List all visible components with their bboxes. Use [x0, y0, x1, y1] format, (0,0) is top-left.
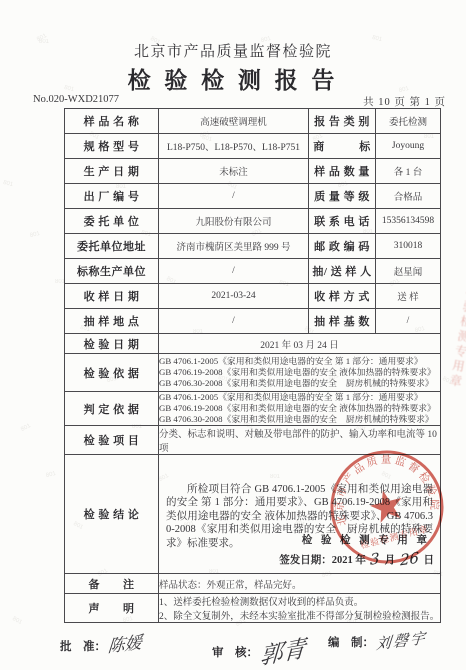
issue-date-line: 签发日期：2021 年 3 月 26 日 [279, 549, 434, 567]
watermark-mark: 801 [45, 471, 56, 479]
seal-caption: 检 验 检 测 专 用 章 [302, 532, 430, 547]
table-row-inspection-items: 检 验 项 目 分类、标志和说明、对触及带电部件的防护、输入功率和电流等 10 … [65, 426, 441, 455]
field-label: 邮 政 编 码 [309, 234, 376, 259]
field-label: 标称生产单位 [65, 259, 159, 284]
field-value: 2021 年 03 月 24 日 [159, 334, 441, 354]
table-row-remarks: 备 注 样品状态：外观正常，样品完好。 [65, 574, 441, 594]
signature-row: 批 准：陈媛 审 核：郭青 编 制：刘磬宇 [0, 624, 466, 670]
report-number: No.020-WXD21077 [33, 94, 119, 105]
approve-signature-group: 批 准：陈媛 [60, 630, 142, 655]
table-row-model: 规 格 型 号 L18-P750、L18-P570、L18-P751 商 标 J… [65, 134, 441, 159]
field-value: / [159, 309, 309, 334]
issue-month-handwritten: 3 [371, 549, 380, 569]
table-row-client-address: 委托单位地址 济南市槐荫区美里路 999 号 邮 政 编 码 310018 [65, 234, 441, 259]
prepare-signature-handwritten: 刘磬宇 [375, 627, 428, 655]
statement-cell: 1、送样委托检验检测数据仅对收到的样品负责。 2、除全文复制外，未经本实验室批准… [159, 594, 441, 623]
report-title: 检 验 检 测 报 告 [0, 62, 466, 95]
field-value: 样品状态：外观正常，样品完好。 [159, 574, 441, 594]
field-value: 济南市槐荫区美里路 999 号 [159, 234, 309, 259]
table-row-client: 委 托 单 位 九阳股份有限公司 联 系 电 话 15356134598 [65, 209, 441, 234]
conclusion-cell: 所检项目符合 GB 4706.1-2005《家用和类似用途电器的安全 第 1 部… [159, 455, 441, 574]
approve-label: 批 准： [60, 641, 106, 653]
prepare-signature-group: 编 制：刘磬宇 [328, 630, 427, 651]
statement-line: 2、除全文复制外，未经本实验室批准不得部分复制检验检测报告。 [159, 608, 440, 622]
standard-line: GB 4706.1-2005《家用和类似用途电器的安全 第 1 部分：通用要求》 [159, 392, 440, 403]
field-label: 检 验 依 据 [65, 354, 159, 392]
field-label: 抽 样 基 数 [309, 309, 376, 334]
review-signature-handwritten: 郭青 [259, 630, 307, 670]
field-label: 样 品 数 量 [309, 159, 376, 184]
field-label: 收 样 日 期 [65, 284, 159, 309]
table-row-production-date: 生 产 日 期 未标注 样 品 数 量 各 1 台 [65, 159, 441, 184]
field-label: 委托单位地址 [65, 234, 159, 259]
issue-day-unit: 日 [424, 555, 435, 566]
field-label: 备 注 [65, 574, 159, 594]
statement-line: 1、送样委托检验检测数据仅对收到的样品负责。 [159, 594, 440, 608]
field-label: 报 告 类 别 [309, 109, 376, 134]
watermark-mark: 801 [29, 231, 40, 239]
table-row-statement: 声 明 1、送样委托检验检测数据仅对收到的样品负责。 2、除全文复制外，未经本实… [65, 594, 441, 623]
field-label: 联 系 电 话 [309, 209, 376, 234]
field-value: 送 样 [376, 284, 441, 309]
issue-month-unit: 月 [385, 555, 396, 566]
table-row-conclusion: 检 验 结 论 所检项目符合 GB 4706.1-2005《家用和类似用途电器的… [65, 455, 441, 574]
inspection-report-page: 8018018018018018018018018018018018018018… [0, 0, 466, 670]
field-label: 抽/ 送 样 人 [309, 259, 376, 284]
field-value: / [159, 184, 309, 209]
field-value: / [159, 259, 309, 284]
field-value: 分类、标志和说明、对触及带电部件的防护、输入功率和电流等 10 项 [159, 426, 441, 455]
field-label: 检 验 日 期 [65, 334, 159, 354]
standard-line: GB 4706.1-2005《家用和类似用途电器的安全 第 1 部分：通用要求》 [159, 356, 440, 367]
table-row-judgment-basis: 判 定 依 据 GB 4706.1-2005《家用和类似用途电器的安全 第 1 … [65, 392, 441, 426]
field-value: 合格品 [376, 184, 441, 209]
field-value: 高速破壁调理机 [159, 109, 309, 134]
table-row-inspection-basis: 检 验 依 据 GB 4706.1-2005《家用和类似用途电器的安全 第 1 … [65, 354, 441, 392]
field-value: Joyoung [376, 134, 441, 159]
field-label: 委 托 单 位 [65, 209, 159, 234]
table-row-sample-name: 样 品 名 称 高速破壁调理机 报 告 类 别 委托检测 [65, 109, 441, 134]
field-value: L18-P750、L18-P570、L18-P751 [159, 134, 309, 159]
field-label: 生 产 日 期 [65, 159, 159, 184]
report-table: 样 品 名 称 高速破壁调理机 报 告 类 别 委托检测 规 格 型 号 L18… [64, 108, 441, 623]
institute-name: 北京市产品质量监督检验院 [0, 40, 466, 61]
table-row-sampling-place: 抽 样 地 点 / 抽 样 基 数 / [65, 309, 441, 334]
table-row-producer: 标称生产单位 / 抽/ 送 样 人 赵星闻 [65, 259, 441, 284]
issue-date-prefix: 签发日期：2021 年 [279, 555, 366, 566]
page-count-info: 共 10 页 第 1 页 [363, 94, 446, 109]
report-meta-line: No.020-WXD21077 共 10 页 第 1 页 [33, 94, 446, 108]
field-label: 样 品 名 称 [65, 109, 159, 134]
field-value: / [376, 309, 441, 334]
prepare-label: 编 制： [328, 637, 374, 649]
field-label: 收 样 方 式 [309, 284, 376, 309]
field-label: 质 量 等 级 [309, 184, 376, 209]
watermark-mark: 801 [20, 423, 32, 433]
field-value: 赵星闻 [376, 259, 441, 284]
field-value: 310018 [376, 234, 441, 259]
field-value: 2021-03-24 [159, 284, 309, 309]
field-label: 规 格 型 号 [65, 134, 159, 159]
judgment-basis-cell: GB 4706.1-2005《家用和类似用途电器的安全 第 1 部分：通用要求》… [159, 392, 441, 426]
review-signature-group: 审 核：郭青 [212, 630, 306, 663]
watermark-mark: 801 [2, 180, 13, 188]
field-label: 判 定 依 据 [65, 392, 159, 426]
approve-signature-handwritten: 陈媛 [107, 628, 143, 658]
inspection-basis-cell: GB 4706.1-2005《家用和类似用途电器的安全 第 1 部分：通用要求》… [159, 354, 441, 392]
table-row-factory-number: 出 厂 编 号 / 质 量 等 级 合格品 [65, 184, 441, 209]
riding-seal-fragment: 检验检测专用章 [446, 284, 466, 390]
field-value: 未标注 [159, 159, 309, 184]
field-value: 九阳股份有限公司 [159, 209, 309, 234]
field-value: 各 1 台 [376, 159, 441, 184]
field-value: 委托检测 [376, 109, 441, 134]
standard-line: GB 4706.19-2008《家用和类似用途电器的安全 液体加热器的特殊要求》 [159, 367, 440, 378]
field-label: 声 明 [65, 594, 159, 623]
table-row-receive-date: 收 样 日 期 2021-03-24 收 样 方 式 送 样 [65, 284, 441, 309]
standard-line: GB 4706.19-2008《家用和类似用途电器的安全 液体加热器的特殊要求》 [159, 403, 440, 414]
table-row-inspection-date: 检 验 日 期 2021 年 03 月 24 日 [65, 334, 441, 354]
field-label: 检 验 结 论 [65, 455, 159, 574]
field-value: 15356134598 [376, 209, 441, 234]
standard-line: GB 4706.30-2008《家用和类似用途电器的安全 厨房机械的特殊要求》 [159, 378, 440, 389]
field-label: 商 标 [309, 134, 376, 159]
review-label: 审 核： [212, 647, 258, 659]
field-label: 检 验 项 目 [65, 426, 159, 455]
standard-line: GB 4706.30-2008《家用和类似用途电器的安全 厨房机械的特殊要求》 [159, 414, 440, 425]
field-label: 出 厂 编 号 [65, 184, 159, 209]
field-label: 抽 样 地 点 [65, 309, 159, 334]
issue-day-handwritten: 26 [400, 549, 419, 570]
